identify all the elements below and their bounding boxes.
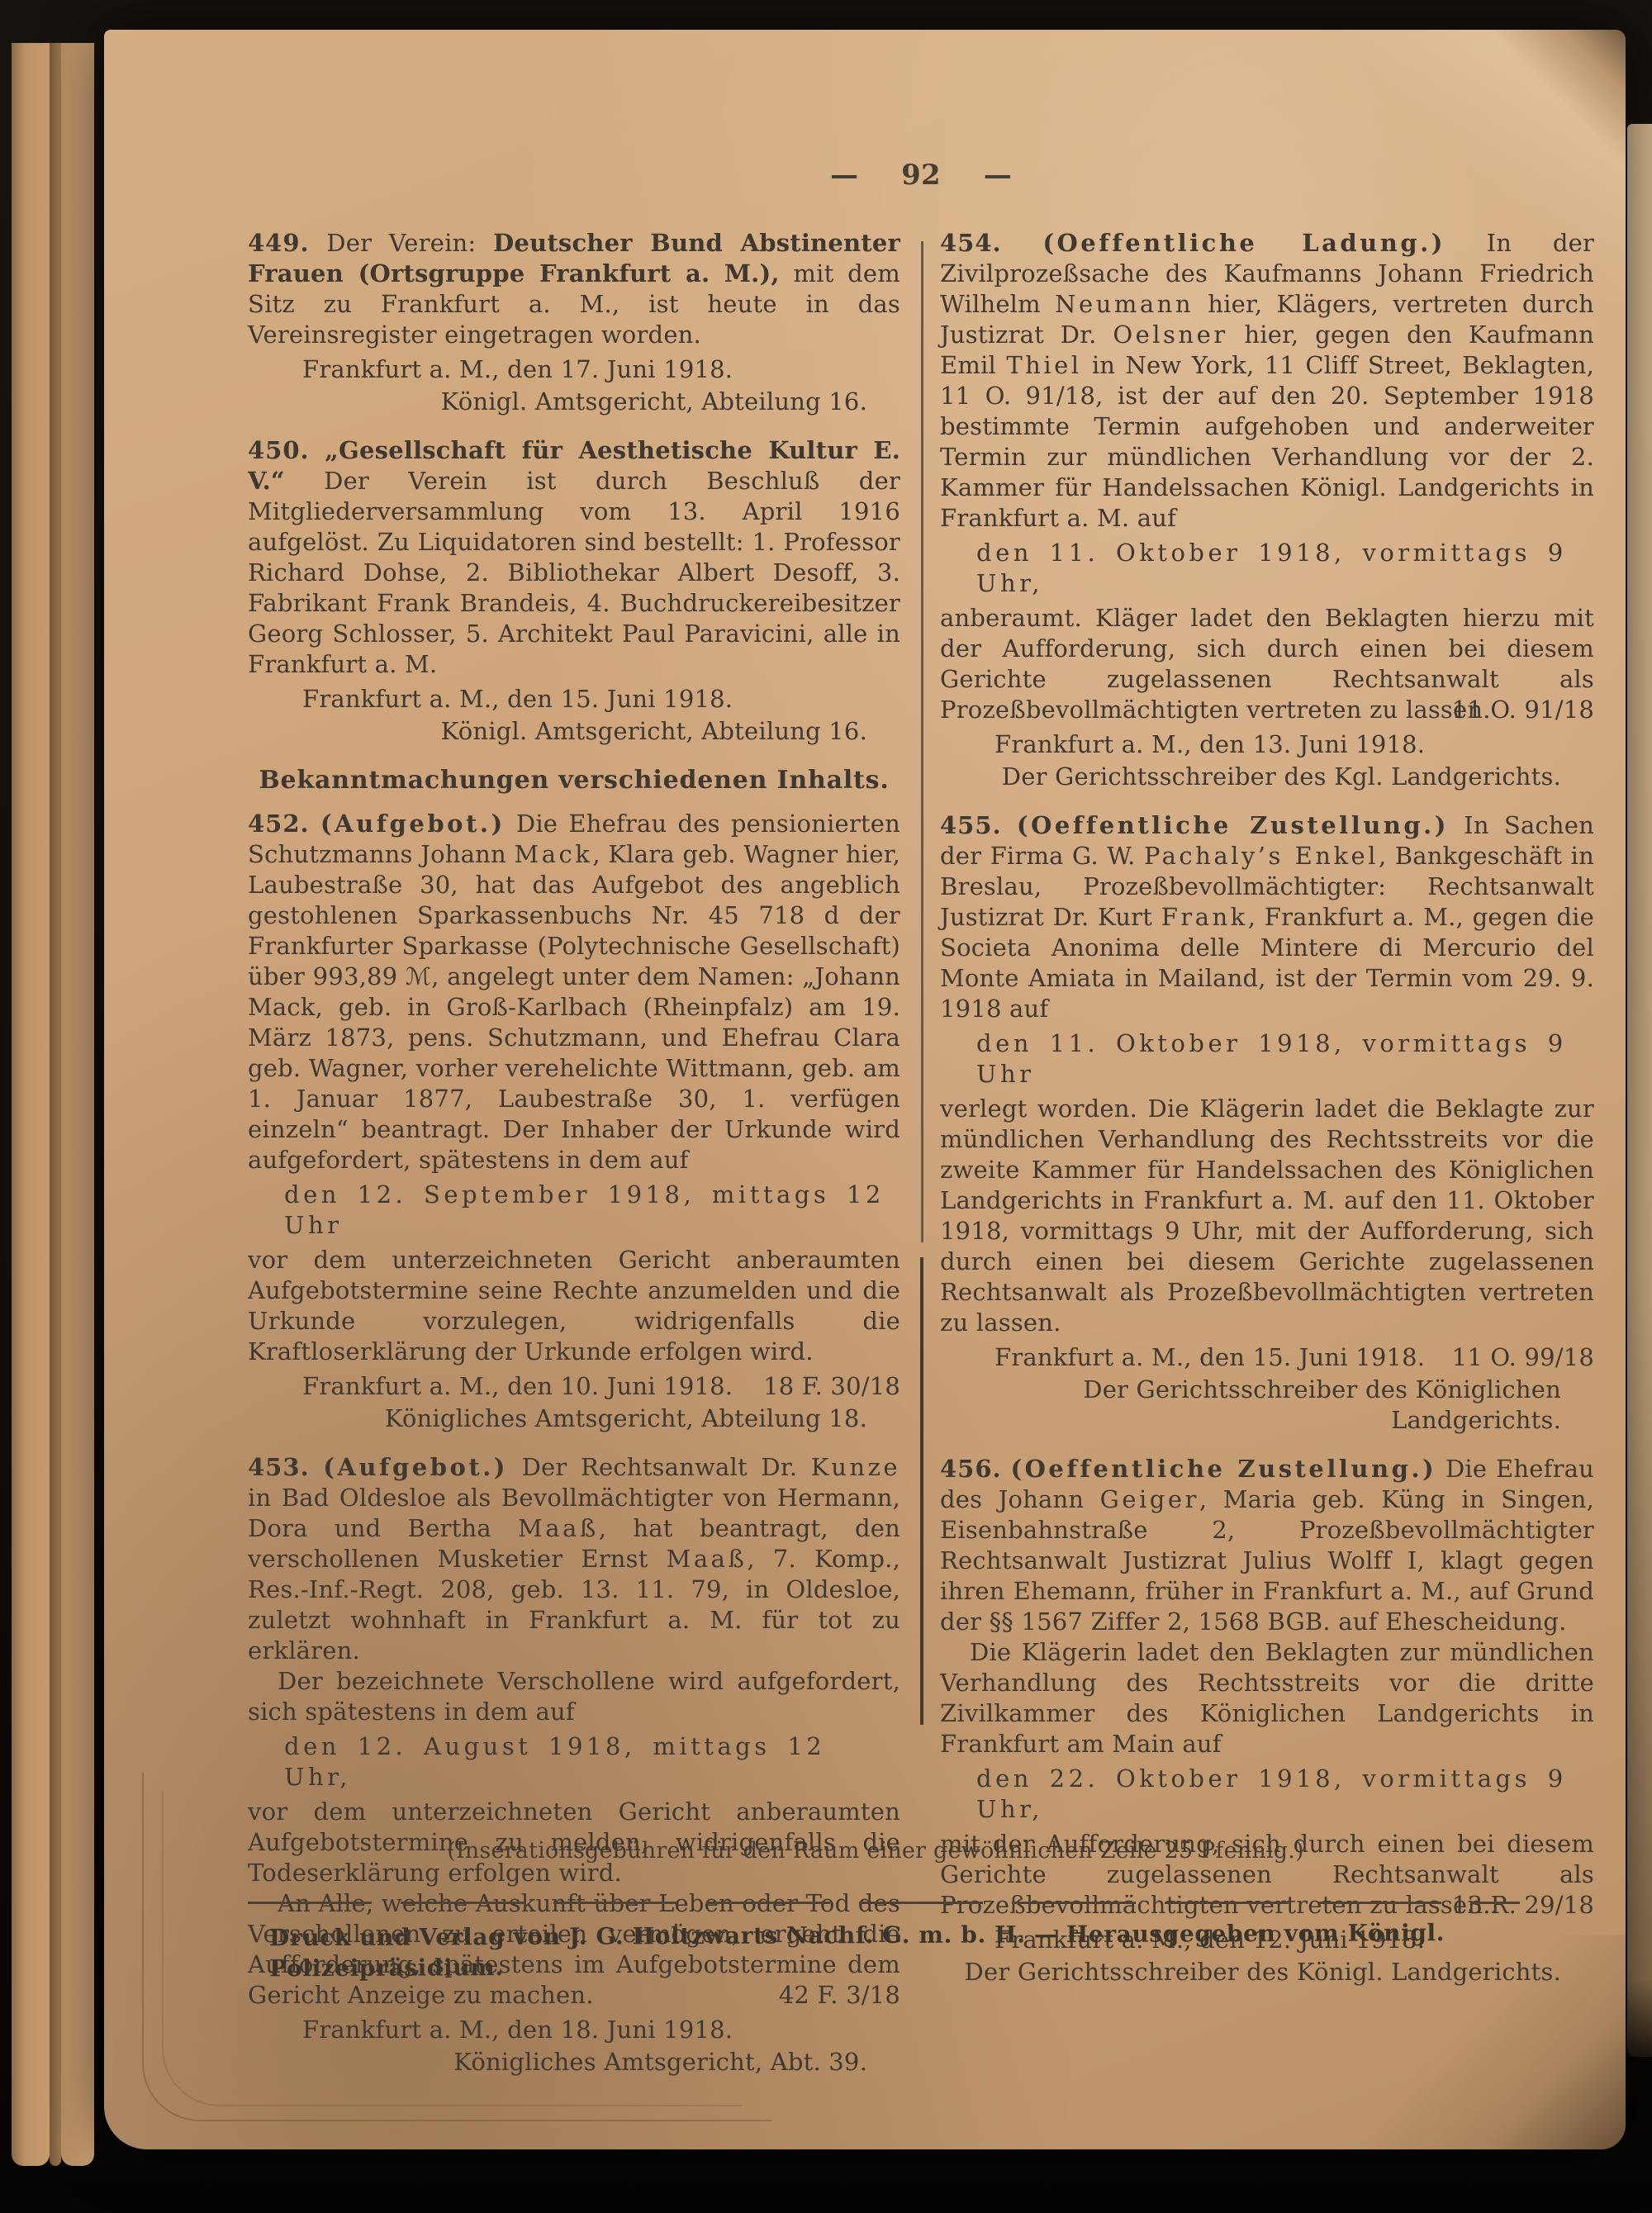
notice-452-dateline: Frankfurt a. M., den 10. Juni 1918.18 F.… bbox=[248, 1371, 900, 1402]
notice-454-signature: Der Gerichtsschreiber des Kgl. Landgeric… bbox=[940, 762, 1594, 792]
column-divider-lower bbox=[920, 1257, 923, 1725]
notice-453-dateline: Frankfurt a. M., den 18. Juni 1918. bbox=[248, 2015, 900, 2045]
notice-456-name: Geiger bbox=[1100, 1485, 1199, 1513]
footer-rule bbox=[248, 1902, 1520, 1904]
notice-453: 453. (Aufgebot.) Der Rechtsanwalt Dr. Ku… bbox=[248, 1452, 900, 2078]
notice-454-continuation: anberaumt. Kläger ladet den Beklagten hi… bbox=[940, 603, 1594, 725]
footer-imprint: Druck und Verlag von J. G. Holtzwarts Na… bbox=[269, 1917, 1517, 1984]
notice-454-number: 454. bbox=[940, 229, 1002, 257]
notice-454-term-line: den 11. Oktober 1918, vormittags 9 Uhr, bbox=[940, 538, 1594, 599]
notice-450-signature: Königl. Amtsgericht, Abteilung 16. bbox=[248, 716, 900, 747]
notice-456-label: (Oeffentliche Zustellung.) bbox=[1010, 1455, 1436, 1483]
notice-455-dateline: Frankfurt a. M., den 15. Juni 1918.11 O.… bbox=[940, 1342, 1594, 1373]
notice-452-text: , Klara geb. Wagner hier, Laubestraße 30… bbox=[248, 840, 900, 1174]
notice-453-name: Kunze bbox=[811, 1453, 900, 1481]
notice-453-name: Maaß bbox=[667, 1545, 748, 1573]
page-number-value: 92 bbox=[901, 159, 941, 192]
notice-452-term-line: den 12. September 1918, mittags 12 Uhr bbox=[248, 1180, 900, 1241]
notice-455-name: Frank bbox=[1161, 903, 1248, 931]
notice-450-number: 450. bbox=[248, 436, 310, 464]
notice-453-body: 453. (Aufgebot.) Der Rechtsanwalt Dr. Ku… bbox=[248, 1452, 900, 1666]
notice-454-body: 454. (Oeffentliche Ladung.) In der Zivil… bbox=[940, 228, 1594, 534]
right-column: 454. (Oeffentliche Ladung.) In der Zivil… bbox=[940, 228, 1594, 2006]
notice-449-dateline: Frankfurt a. M., den 17. Juni 1918. bbox=[248, 354, 900, 385]
notice-455-body: 455. (Oeffentliche Zustellung.) In Sache… bbox=[940, 810, 1594, 1024]
notice-452-date: Frankfurt a. M., den 10. Juni 1918. bbox=[302, 1371, 733, 1402]
notice-452-number: 452. bbox=[248, 810, 310, 838]
notice-454-name: Neumann bbox=[1055, 290, 1194, 318]
notice-452-file-ref: 18 F. 30/18 bbox=[763, 1371, 900, 1402]
notice-455-name: Pachaly’s Enkel bbox=[1144, 842, 1379, 870]
notice-452-label: (Aufgebot.) bbox=[320, 810, 506, 838]
notice-452-body: 452. (Aufgebot.) Die Ehefrau des pension… bbox=[248, 809, 900, 1175]
notice-453-label: (Aufgebot.) bbox=[323, 1453, 508, 1481]
underlying-page-edge bbox=[1627, 124, 1652, 2057]
notice-456-number: 456. bbox=[940, 1455, 1002, 1483]
notice-455: 455. (Oeffentliche Zustellung.) In Sache… bbox=[940, 810, 1594, 1436]
notice-455-date: Frankfurt a. M., den 15. Juni 1918. bbox=[995, 1342, 1425, 1373]
notice-450-text: Der Verein ist durch Beschluß der Mitgli… bbox=[248, 467, 900, 678]
notice-454-file-ref: 11 O. 91/18 bbox=[1452, 695, 1594, 725]
notice-456-term-line: den 22. Oktober 1918, vormittags 9 Uhr, bbox=[940, 1764, 1594, 1825]
section-heading: Bekanntmachungen verschiedenen Inhalts. bbox=[248, 765, 900, 795]
notice-455-label: (Oeffentliche Zustellung.) bbox=[1017, 811, 1449, 839]
notice-455-continuation: verlegt worden. Die Klägerin ladet die B… bbox=[940, 1094, 1594, 1338]
notice-453-name: Maaß bbox=[518, 1514, 599, 1542]
notice-452-name: Mack bbox=[515, 840, 593, 868]
notice-453-continuation: Der bezeichnete Verschollene wird aufgef… bbox=[248, 1666, 900, 1727]
notice-456-continuation: Die Klägerin ladet den Beklagten zur mün… bbox=[940, 1637, 1594, 1759]
notice-455-term-line: den 11. Oktober 1918, vormittags 9 Uhr bbox=[940, 1028, 1594, 1090]
notice-454: 454. (Oeffentliche Ladung.) In der Zivil… bbox=[940, 228, 1594, 792]
notice-455-number: 455. bbox=[940, 811, 1002, 839]
page-edge-strip bbox=[12, 43, 50, 2166]
page-number-dash-right: — bbox=[984, 159, 1012, 192]
book-page-edge-stack bbox=[0, 43, 107, 2166]
notice-449-body: 449. Der Verein: Deutscher Bund Abstinen… bbox=[248, 228, 900, 350]
left-column: 449. Der Verein: Deutscher Bund Abstinen… bbox=[248, 228, 900, 2096]
notice-453-text: Der Rechtsanwalt Dr. bbox=[508, 1453, 811, 1481]
notice-454-label: (Oeffentliche Ladung.) bbox=[1042, 229, 1445, 257]
notice-453-file-ref: 42 F. 3/18 bbox=[749, 1980, 900, 2011]
notice-449-number: 449. bbox=[248, 229, 310, 257]
notice-456-body: 456. (Oeffentliche Zustellung.) Die Ehef… bbox=[940, 1454, 1594, 1637]
photo-background: { "colors": {"paper": "#cda37a", "ink": … bbox=[0, 0, 1652, 2213]
notice-449-text: Der Verein: bbox=[310, 229, 493, 257]
page-edge-strip bbox=[61, 43, 94, 2166]
notice-450-body: 450. „Gesellschaft für Aesthetische Kult… bbox=[248, 435, 900, 680]
notice-450-dateline: Frankfurt a. M., den 15. Juni 1918. bbox=[248, 684, 900, 715]
column-divider-upper bbox=[921, 241, 923, 1242]
notice-456-file-ref: 13 R. 29/18 bbox=[1452, 1890, 1594, 1921]
notice-452: 452. (Aufgebot.) Die Ehefrau des pension… bbox=[248, 809, 900, 1434]
notice-452-continuation: vor dem unterzeichneten Gericht anberaum… bbox=[248, 1245, 900, 1367]
notice-455-file-ref: 11 O. 99/18 bbox=[1452, 1342, 1594, 1373]
page-number-dash-left: — bbox=[830, 159, 858, 192]
notice-454-dateline: Frankfurt a. M., den 13. Juni 1918. bbox=[940, 729, 1594, 760]
notice-453-signature: Königliches Amtsgericht, Abt. 39. bbox=[248, 2047, 900, 2078]
notice-450-text bbox=[310, 436, 325, 464]
footer-fee-note: (Inserationsgebühren für den Raum einer … bbox=[248, 1835, 1503, 1866]
notice-455-signature: Der Gerichtsschreiber des Königlichen La… bbox=[940, 1375, 1594, 1436]
page-edge-crease bbox=[50, 43, 61, 2166]
notice-449: 449. Der Verein: Deutscher Bund Abstinen… bbox=[248, 228, 900, 417]
notice-452-signature: Königliches Amtsgericht, Abteilung 18. bbox=[248, 1403, 900, 1434]
page-number: —92— bbox=[248, 160, 1594, 191]
notice-456: 456. (Oeffentliche Zustellung.) Die Ehef… bbox=[940, 1454, 1594, 1987]
notice-454-name: Thiel bbox=[1006, 351, 1081, 379]
notice-450: 450. „Gesellschaft für Aesthetische Kult… bbox=[248, 435, 900, 747]
page-sheet: —92— 449. Der Verein: Deutscher Bund Abs… bbox=[104, 30, 1626, 2149]
notice-454-name: Oelsner bbox=[1113, 321, 1227, 349]
notice-453-term-line: den 12. August 1918, mittags 12 Uhr, bbox=[248, 1731, 900, 1793]
notice-453-number: 453. bbox=[248, 1453, 310, 1481]
notice-449-signature: Königl. Amtsgericht, Abteilung 16. bbox=[248, 387, 900, 417]
